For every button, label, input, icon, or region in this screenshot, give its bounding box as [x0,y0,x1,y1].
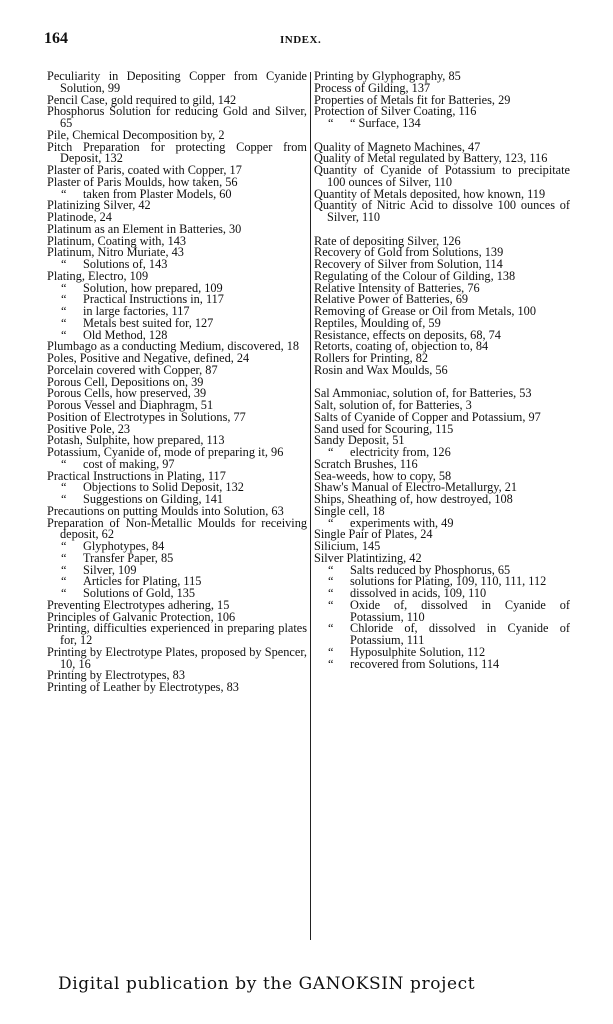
index-entry: Printing of Leather by Electrotypes, 83 [47,682,307,694]
index-entry: Printing, difficulties experienced in pr… [47,623,307,647]
ditto-mark: “ [328,118,350,130]
index-column-right: Printing by Glyphography, 85Process of G… [314,71,570,670]
entry-text: Peculiarity in Depositing Copper from Cy… [47,69,307,95]
index-entry: Printing by Electrotype Plates, proposed… [47,647,307,671]
entry-text: “ Surface, 134 [350,116,421,130]
index-subentry: “Oxide of, dissolved in Cyanide of Potas… [314,600,570,624]
index-subentry: “recovered from Solutions, 114 [314,659,570,671]
index-entry: Quantity of Cyanide of Potassium to prec… [314,165,570,189]
ditto-mark: “ [328,623,350,635]
entry-text: Preparation of Non-Metallic Moulds for r… [47,516,307,542]
entry-text: Quantity of Nitric Acid to dissolve 100 … [314,198,570,224]
index-entry: Quantity of Nitric Acid to dissolve 100 … [314,200,570,224]
entry-text: Phosphorus Solution for reducing Gold an… [47,104,307,130]
entry-text: Oxide of, dissolved in Cyanide of Potass… [350,598,570,624]
entry-text: Rosin and Wax Moulds, 56 [314,363,448,377]
entry-text: recovered from Solutions, 114 [350,657,499,671]
index-entry: Rosin and Wax Moulds, 56 [314,365,570,377]
footer-credit: Digital publication by the GANOKSIN proj… [58,974,475,994]
entry-text: Printing by Electrotype Plates, proposed… [47,645,307,671]
index-entry: Peculiarity in Depositing Copper from Cy… [47,71,307,95]
index-column-left: Peculiarity in Depositing Copper from Cy… [47,71,307,694]
index-entry: Preparation of Non-Metallic Moulds for r… [47,518,307,542]
index-entry: Pitch Preparation for protecting Copper … [47,142,307,166]
entry-text: Quantity of Cyanide of Potassium to prec… [314,163,570,189]
ditto-mark: “ [328,600,350,612]
column-divider [310,72,311,940]
index-entry: Phosphorus Solution for reducing Gold an… [47,106,307,130]
entry-text: Printing, difficulties experienced in pr… [47,621,307,647]
ditto-mark: “ [328,659,350,671]
index-subentry: “Chloride of, dissolved in Cyanide of Po… [314,623,570,647]
entry-text: Pitch Preparation for protecting Copper … [47,140,307,166]
entry-text: Printing of Leather by Electrotypes, 83 [47,680,239,694]
index-subentry: ““ Surface, 134 [314,118,570,130]
page-number: 164 [44,30,68,48]
entry-text: Chloride of, dissolved in Cyanide of Pot… [350,621,570,647]
running-head: INDEX. [280,34,321,46]
